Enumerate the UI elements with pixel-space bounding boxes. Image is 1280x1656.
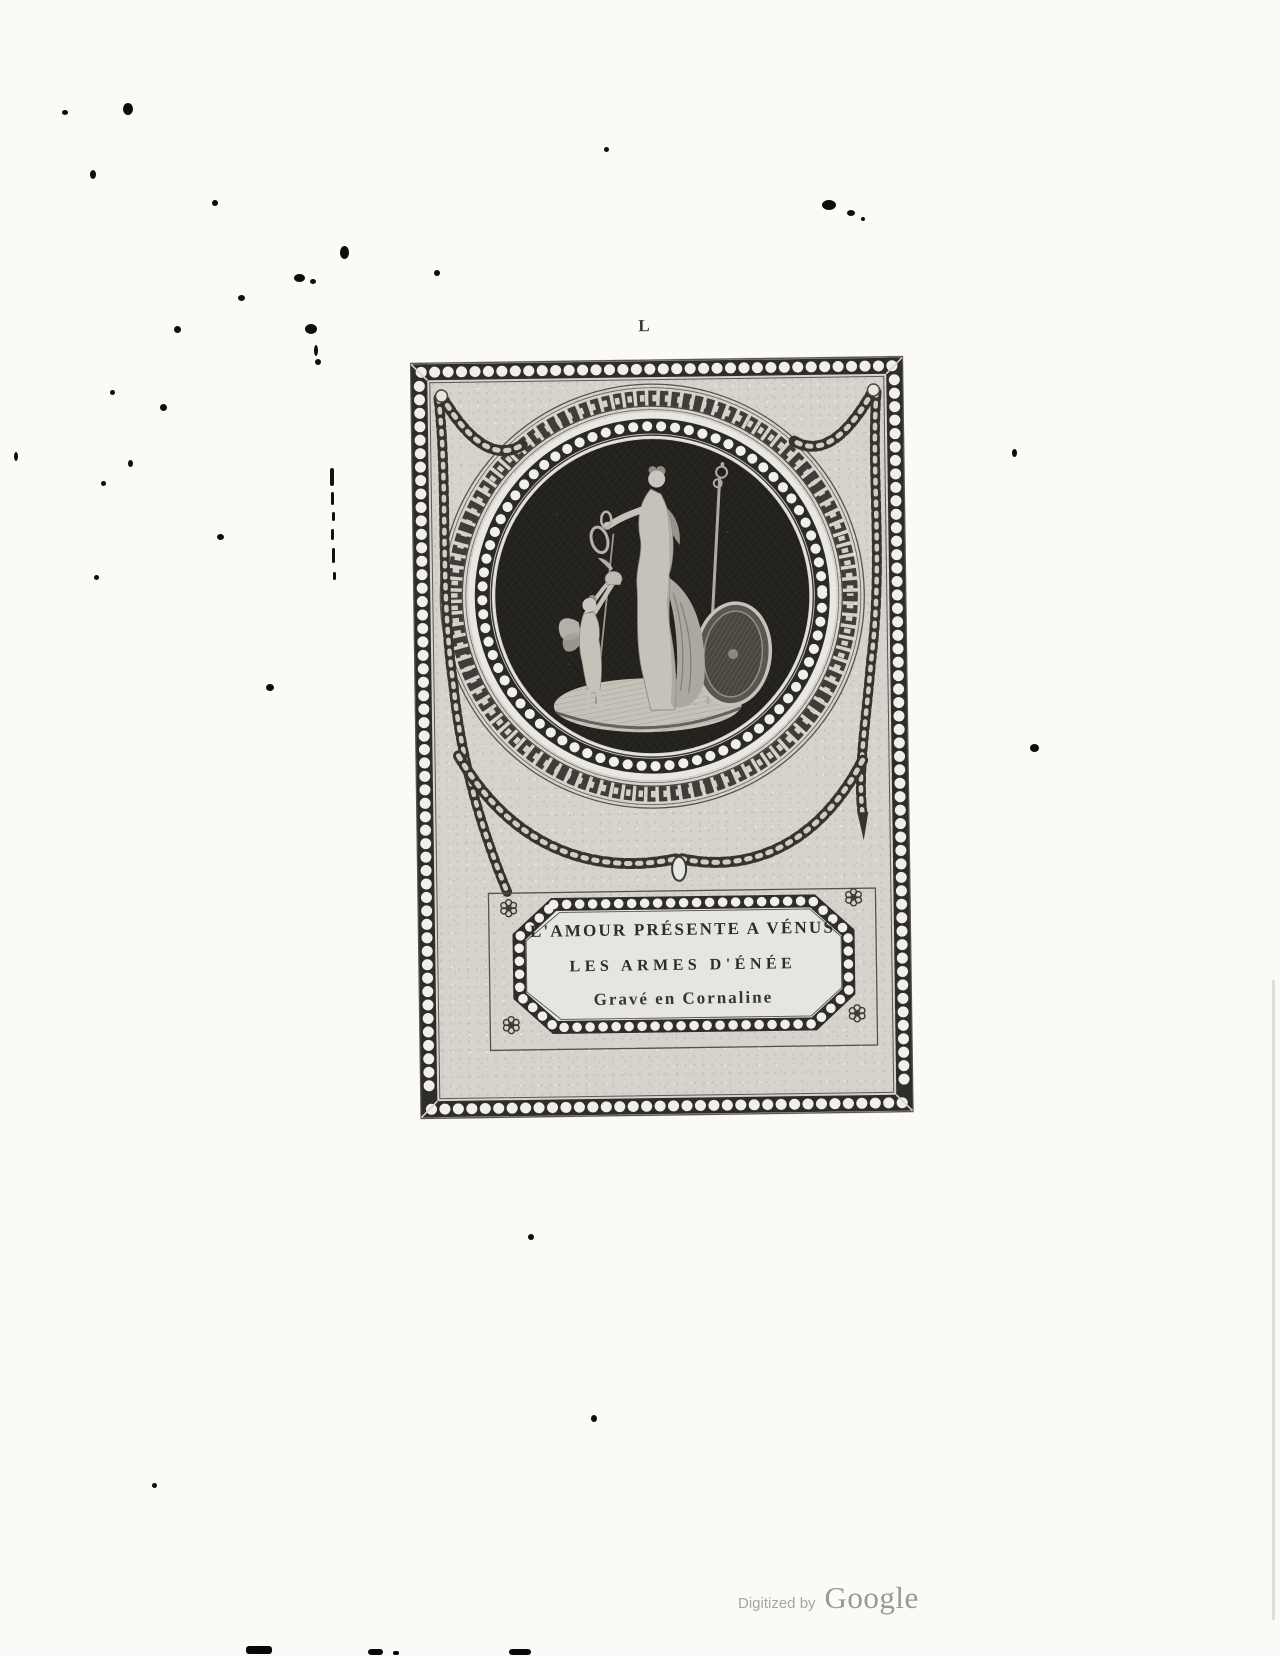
scanned-book-page: L xyxy=(0,0,1280,1656)
ink-speck xyxy=(238,295,245,301)
google-logo: Google xyxy=(825,1580,919,1616)
ink-speck xyxy=(14,452,18,461)
page-edge-mark xyxy=(393,1651,399,1655)
ink-streak xyxy=(333,572,336,580)
ink-streak xyxy=(331,529,334,540)
garland-swag xyxy=(441,395,522,452)
ink-speck xyxy=(340,246,349,259)
page-edge-mark xyxy=(368,1649,383,1655)
garland-swag xyxy=(793,390,874,447)
rosette-icon xyxy=(846,889,862,906)
ink-speck xyxy=(528,1234,534,1240)
ink-streak xyxy=(332,512,335,521)
watermark-prefix: Digitized by xyxy=(738,1595,816,1612)
ink-speck xyxy=(152,1483,157,1488)
corner-knob xyxy=(435,390,447,402)
oval-drop xyxy=(672,857,686,881)
ink-speck xyxy=(847,210,855,216)
digitization-watermark: Digitized by Google xyxy=(738,1580,998,1620)
engraved-plate: L xyxy=(404,305,920,1132)
ink-speck xyxy=(1012,449,1017,457)
corner-knob xyxy=(867,384,879,396)
ink-speck xyxy=(174,326,181,333)
ink-speck xyxy=(434,270,440,276)
ink-speck xyxy=(266,684,274,691)
ink-speck xyxy=(604,147,609,152)
ink-speck xyxy=(128,460,133,467)
ink-speck xyxy=(123,103,133,115)
ink-speck xyxy=(94,575,99,580)
garland-underswag xyxy=(681,760,864,863)
ink-speck xyxy=(310,279,316,284)
page-edge-mark xyxy=(509,1649,531,1655)
rosette-icon xyxy=(503,1017,519,1034)
ink-speck xyxy=(591,1415,597,1422)
plate-engraving xyxy=(405,350,921,1127)
ink-speck xyxy=(217,534,224,540)
ink-speck xyxy=(110,390,115,395)
ink-speck xyxy=(822,200,836,210)
ink-streak xyxy=(331,492,334,505)
ink-speck xyxy=(212,200,218,206)
ink-speck xyxy=(62,110,68,115)
ink-speck xyxy=(101,481,106,486)
ink-speck xyxy=(305,324,317,334)
ink-speck xyxy=(314,345,318,356)
garland-tassel xyxy=(857,812,868,840)
ink-speck xyxy=(160,404,167,411)
ink-speck xyxy=(1030,744,1039,752)
ink-speck xyxy=(315,359,321,365)
ink-streak xyxy=(330,468,334,486)
page-edge-shadow xyxy=(1272,980,1275,1620)
garland-chain-right xyxy=(855,392,882,812)
rosette-icon xyxy=(501,900,517,917)
ink-speck xyxy=(294,274,305,282)
garland-chain-left xyxy=(439,397,509,896)
page-edge-mark xyxy=(246,1646,272,1654)
plate-number: L xyxy=(604,316,684,337)
ink-speck xyxy=(90,170,96,179)
ink-speck xyxy=(861,217,865,221)
rosette-icon xyxy=(849,1005,865,1022)
ink-streak xyxy=(332,548,335,563)
